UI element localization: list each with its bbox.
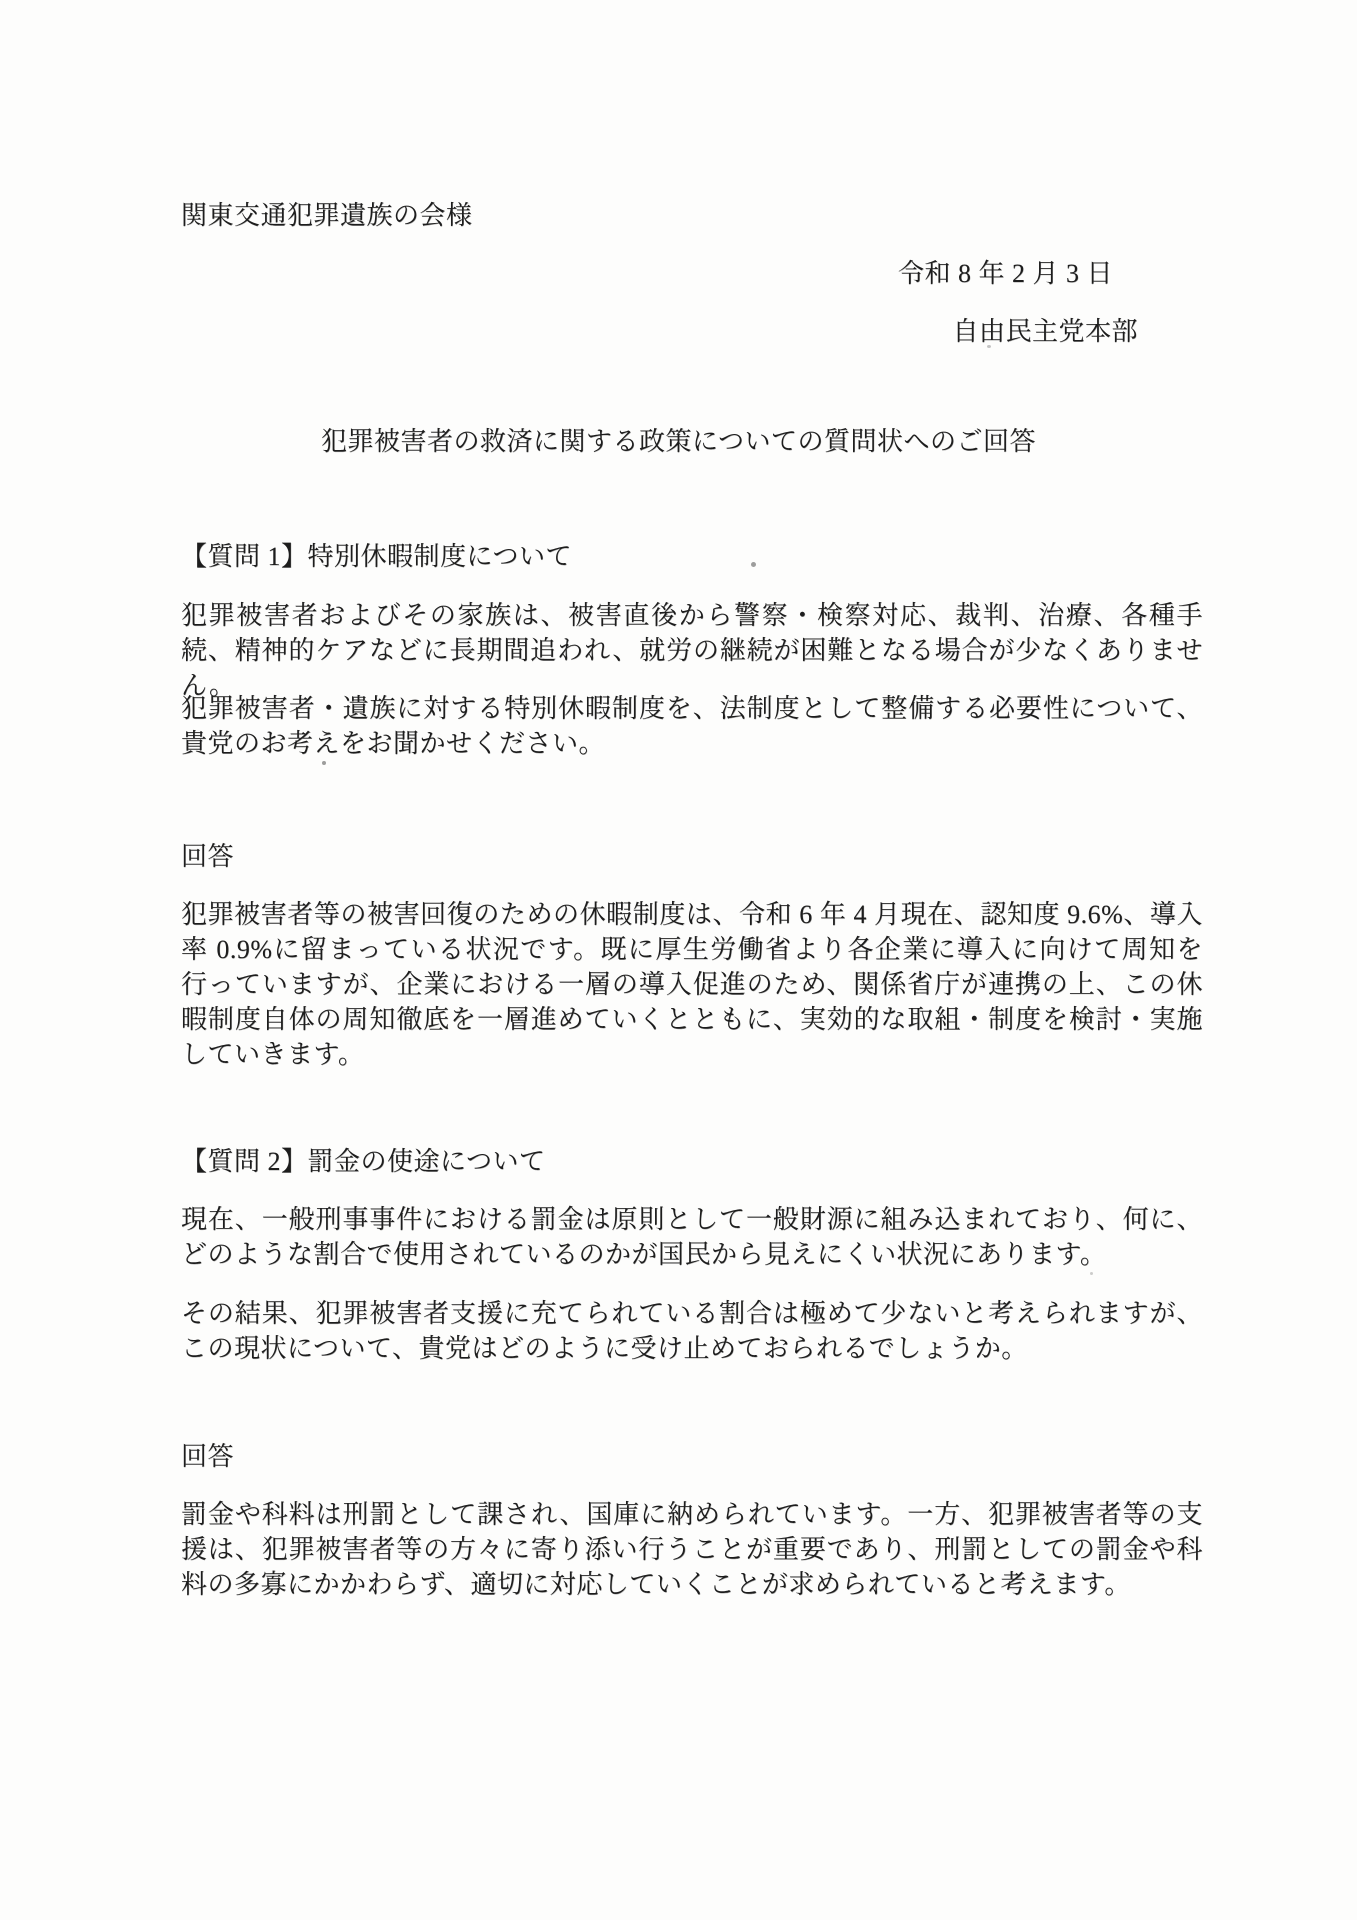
question-2-paragraph-2: その結果、犯罪被害者支援に充てられている割合は極めて少ないと考えられますが、この… <box>181 1296 1203 1366</box>
scan-speck <box>1090 1272 1093 1275</box>
scan-speck <box>322 761 326 765</box>
date-line: 令和 8 年 2 月 3 日 <box>898 256 1113 291</box>
answer-2-paragraph: 罰金や科料は刑罰として課され、国庫に納められています。一方、犯罪被害者等の支援は… <box>181 1497 1203 1602</box>
document-title: 犯罪被害者の救済に関する政策についての質問状へのご回答 <box>0 424 1357 459</box>
question-2-paragraph-1: 現在、一般刑事事件における罰金は原則として一般財源に組み込まれており、何に、どの… <box>181 1202 1203 1272</box>
answer-1-paragraph: 犯罪被害者等の被害回復のための休暇制度は、令和 6 年 4 月現在、認知度 9.… <box>181 897 1203 1072</box>
sender-name: 自由民主党本部 <box>952 314 1138 349</box>
scanned-letter-page: 関東交通犯罪遺族の会様 令和 8 年 2 月 3 日 自由民主党本部 犯罪被害者… <box>0 0 1357 1920</box>
question-2-heading: 【質問 2】罰金の使途について <box>181 1144 545 1179</box>
question-1-paragraph-2: 犯罪被害者・遺族に対する特別休暇制度を、法制度として整備する必要性について、貴党… <box>181 691 1203 761</box>
answer-1-label: 回答 <box>181 839 234 874</box>
question-1-paragraph-1: 犯罪被害者およびその家族は、被害直後から警察・検察対応、裁判、治療、各種手続、精… <box>181 598 1203 703</box>
scan-speck <box>987 345 991 348</box>
addressee-line: 関東交通犯罪遺族の会様 <box>181 198 473 233</box>
question-1-heading: 【質問 1】特別休暇制度について <box>181 539 572 574</box>
scan-speck <box>751 562 756 567</box>
answer-2-label: 回答 <box>181 1439 234 1474</box>
